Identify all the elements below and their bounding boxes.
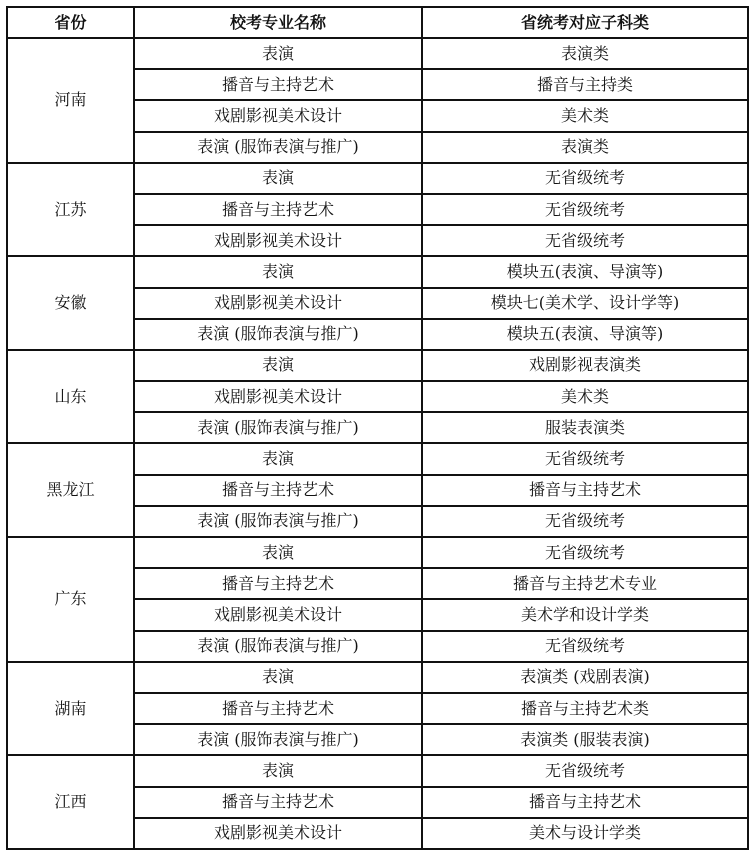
header-province: 省份 xyxy=(7,7,134,38)
category-cell: 美术类 xyxy=(422,381,748,412)
major-cell: 播音与主持艺术 xyxy=(134,787,422,818)
major-cell: 戏剧影视美术设计 xyxy=(134,381,422,412)
province-cell: 江西 xyxy=(7,755,134,849)
category-cell: 播音与主持类 xyxy=(422,69,748,100)
category-cell: 模块五(表演、导演等) xyxy=(422,319,748,350)
province-cell: 黑龙江 xyxy=(7,443,134,537)
major-cell: 戏剧影视美术设计 xyxy=(134,818,422,849)
major-cell: 播音与主持艺术 xyxy=(134,475,422,506)
category-cell: 美术与设计学类 xyxy=(422,818,748,849)
header-category: 省统考对应子科类 xyxy=(422,7,748,38)
header-row: 省份 校考专业名称 省统考对应子科类 xyxy=(7,7,748,38)
major-cell: 表演 xyxy=(134,537,422,568)
major-cell: 播音与主持艺术 xyxy=(134,568,422,599)
major-cell: 表演 xyxy=(134,443,422,474)
table-row: 广东 表演 无省级统考 xyxy=(7,537,748,568)
province-cell: 江苏 xyxy=(7,163,134,257)
category-cell: 表演类 xyxy=(422,132,748,163)
major-cell: 表演 (服饰表演与推广) xyxy=(134,319,422,350)
category-cell: 美术学和设计学类 xyxy=(422,599,748,630)
table-row: 山东 表演 戏剧影视表演类 xyxy=(7,350,748,381)
category-cell: 服装表演类 xyxy=(422,412,748,443)
major-cell: 戏剧影视美术设计 xyxy=(134,288,422,319)
category-cell: 表演类 (服装表演) xyxy=(422,724,748,755)
table-row: 江苏 表演 无省级统考 xyxy=(7,163,748,194)
category-cell: 戏剧影视表演类 xyxy=(422,350,748,381)
category-cell: 无省级统考 xyxy=(422,631,748,662)
category-cell: 无省级统考 xyxy=(422,225,748,256)
category-cell: 无省级统考 xyxy=(422,163,748,194)
province-major-table: 省份 校考专业名称 省统考对应子科类 河南 表演 表演类 播音与主持艺术 播音与… xyxy=(6,6,749,850)
major-cell: 播音与主持艺术 xyxy=(134,693,422,724)
category-cell: 播音与主持艺术 xyxy=(422,475,748,506)
province-cell: 山东 xyxy=(7,350,134,444)
category-cell: 表演类 (戏剧表演) xyxy=(422,662,748,693)
major-cell: 戏剧影视美术设计 xyxy=(134,599,422,630)
major-cell: 表演 (服饰表演与推广) xyxy=(134,724,422,755)
major-cell: 表演 xyxy=(134,256,422,287)
category-cell: 模块七(美术学、设计学等) xyxy=(422,288,748,319)
major-cell: 表演 (服饰表演与推广) xyxy=(134,506,422,537)
category-cell: 美术类 xyxy=(422,100,748,131)
major-cell: 表演 (服饰表演与推广) xyxy=(134,132,422,163)
category-cell: 无省级统考 xyxy=(422,537,748,568)
major-cell: 表演 xyxy=(134,163,422,194)
table-row: 江西 表演 无省级统考 xyxy=(7,755,748,786)
major-cell: 表演 xyxy=(134,38,422,69)
major-cell: 播音与主持艺术 xyxy=(134,69,422,100)
major-cell: 播音与主持艺术 xyxy=(134,194,422,225)
province-cell: 河南 xyxy=(7,38,134,163)
category-cell: 无省级统考 xyxy=(422,506,748,537)
category-cell: 播音与主持艺术 xyxy=(422,787,748,818)
major-cell: 表演 xyxy=(134,755,422,786)
category-cell: 无省级统考 xyxy=(422,755,748,786)
table-row: 湖南 表演 表演类 (戏剧表演) xyxy=(7,662,748,693)
table-row: 河南 表演 表演类 xyxy=(7,38,748,69)
major-cell: 戏剧影视美术设计 xyxy=(134,100,422,131)
table-row: 黑龙江 表演 无省级统考 xyxy=(7,443,748,474)
header-major: 校考专业名称 xyxy=(134,7,422,38)
table-row: 安徽 表演 模块五(表演、导演等) xyxy=(7,256,748,287)
category-cell: 表演类 xyxy=(422,38,748,69)
province-cell: 湖南 xyxy=(7,662,134,756)
major-cell: 表演 xyxy=(134,662,422,693)
major-cell: 表演 (服饰表演与推广) xyxy=(134,631,422,662)
category-cell: 无省级统考 xyxy=(422,443,748,474)
category-cell: 无省级统考 xyxy=(422,194,748,225)
major-cell: 表演 (服饰表演与推广) xyxy=(134,412,422,443)
category-cell: 模块五(表演、导演等) xyxy=(422,256,748,287)
province-cell: 广东 xyxy=(7,537,134,662)
province-cell: 安徽 xyxy=(7,256,134,350)
category-cell: 播音与主持艺术专业 xyxy=(422,568,748,599)
category-cell: 播音与主持艺术类 xyxy=(422,693,748,724)
major-cell: 戏剧影视美术设计 xyxy=(134,225,422,256)
major-cell: 表演 xyxy=(134,350,422,381)
